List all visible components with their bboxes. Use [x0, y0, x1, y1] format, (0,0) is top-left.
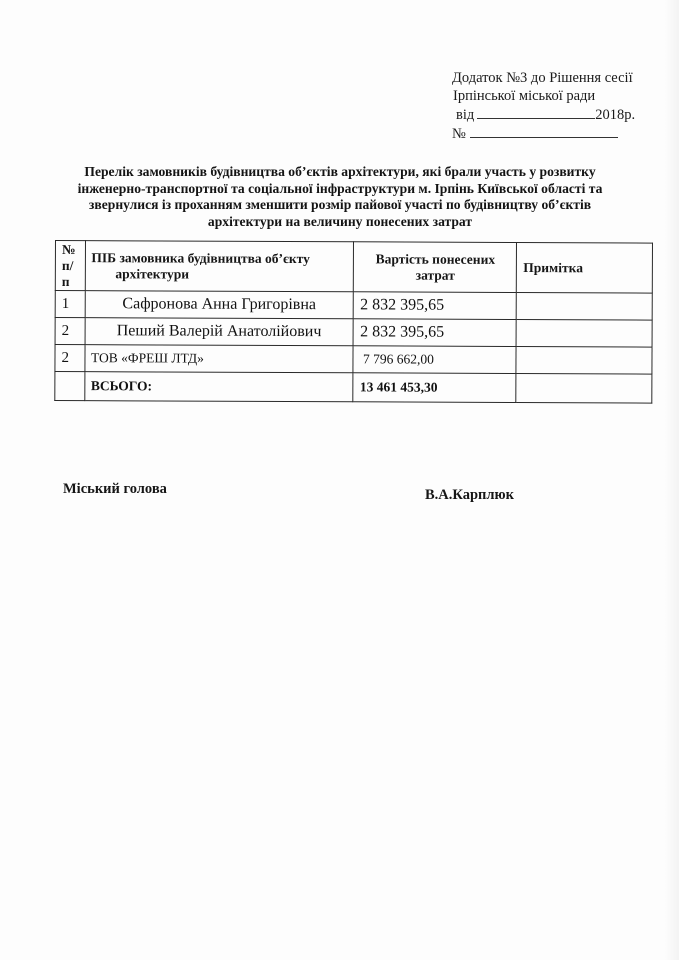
title-line: Перелік замовників будівництва об’єктів … [60, 164, 620, 181]
cell-note [516, 320, 652, 348]
table-row: 1 Сафронова Анна Григорівна 2 832 395,65 [55, 291, 652, 321]
appendix-header: Додаток №3 до Рішення сесії Ірпінської м… [452, 69, 635, 143]
document-title: Перелік замовників будівництва об’єктів … [60, 164, 620, 230]
title-line: звернулися із проханням зменшити розмір … [60, 197, 620, 214]
number-prefix: № [452, 126, 466, 142]
cell-number: 2 [55, 318, 85, 345]
cell-customer-name: Пеший Валерій Анатолійович [85, 318, 354, 346]
table-total-row: ВСЬОГО: 13 461 453,30 [55, 372, 652, 404]
total-label: ВСЬОГО: [84, 372, 353, 402]
date-suffix: 2018р. [595, 107, 635, 123]
appendix-date-line: від2018р. [452, 105, 635, 124]
costs-table: № п/п ПІБ замовника будівництва об’єкту … [54, 240, 653, 404]
table-row: 2 Пеший Валерій Анатолійович 2 832 395,6… [55, 318, 652, 348]
table-row: 2 ТОВ «ФРЕШ ЛТД» 7 796 662,00 [55, 345, 652, 375]
cell-cost: 2 832 395,65 [354, 292, 517, 320]
cell-customer-name: ТОВ «ФРЕШ ЛТД» [84, 345, 353, 373]
cell-number: 2 [55, 345, 85, 372]
header-cost: Вартість понесених затрат [354, 242, 517, 293]
table-header-row: № п/п ПІБ замовника будівництва об’єкту … [55, 241, 652, 294]
cell-cost: 7 796 662,00 [353, 346, 516, 374]
title-line: архітектури на величину понесених затрат [60, 214, 620, 231]
document-page: Додаток №3 до Рішення сесії Ірпінської м… [0, 0, 679, 960]
number-blank-field [470, 124, 618, 138]
header-number: № п/п [55, 241, 85, 291]
total-cost: 13 461 453,30 [353, 373, 516, 403]
scan-edge-shadow [665, 0, 679, 960]
signatory-position: Міський голова [63, 481, 167, 498]
appendix-line-1: Додаток №3 до Рішення сесії [452, 69, 635, 87]
header-note: Примітка [517, 243, 653, 294]
date-blank-field [477, 105, 595, 119]
title-line: інженерно-транспортної та соціальної інф… [60, 181, 620, 198]
appendix-line-2: Ірпінської міської ради [453, 87, 635, 105]
signatory-name: В.А.Карплюк [425, 487, 514, 504]
date-prefix: від [456, 107, 474, 123]
cell-note-empty [516, 374, 652, 404]
cell-note [516, 347, 652, 375]
cell-cost: 2 832 395,65 [354, 319, 517, 347]
cell-number: 1 [55, 291, 85, 318]
appendix-number-line: № [452, 124, 635, 143]
cell-note [517, 293, 653, 321]
header-customer-name: ПІБ замовника будівництва об’єкту архіте… [85, 241, 354, 292]
cell-number-empty [55, 372, 85, 401]
cell-customer-name: Сафронова Анна Григорівна [85, 291, 354, 319]
